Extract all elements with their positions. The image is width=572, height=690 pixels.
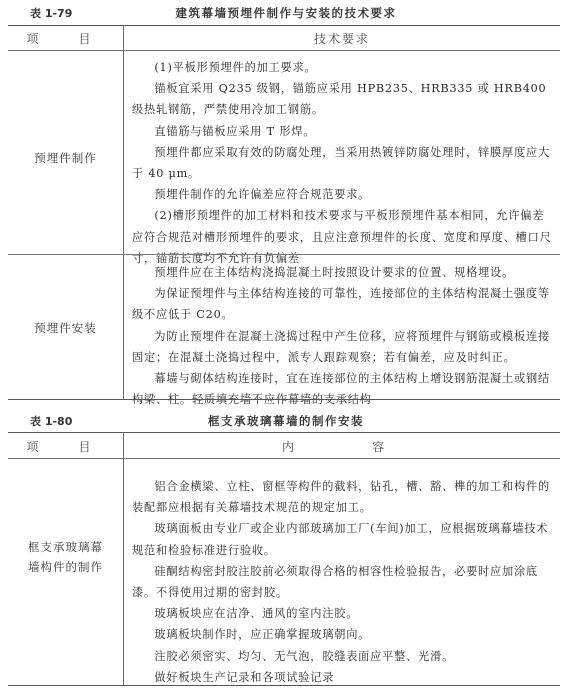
paragraph: 锚板宜采用 Q235 级钢，锚筋应采用 HPB235、HRB335 或 HRB4… bbox=[132, 78, 552, 120]
column-divider bbox=[123, 25, 124, 400]
header-content: 内 容 bbox=[124, 438, 560, 455]
paragraph: 铝合金横梁、立柱、窗框等构件的截料，钻孔，槽、豁、榫的加工和构件的装配都应根据有… bbox=[132, 476, 552, 518]
paragraph: 为防止预埋件在混凝土浇捣过程中产生位移，应将预埋件与钢筋或模板连接固定；在混凝土… bbox=[132, 326, 552, 368]
top-rule bbox=[8, 432, 560, 433]
paragraph: (2)槽形预埋件的加工材料和技术要求与平板形预埋件基本相同，允许偏差应符合规范对… bbox=[132, 205, 552, 269]
table-title: 框支承玻璃幕墙的制作安装 bbox=[0, 413, 572, 429]
column-divider bbox=[123, 432, 124, 686]
paragraph: (1)平板形预埋件的加工要求。 bbox=[132, 57, 552, 78]
header-rule bbox=[8, 458, 560, 459]
header-item: 项 目 bbox=[8, 30, 123, 47]
table-1-79: 项 目 技术要求 预埋件制作 (1)平板形预埋件的加工要求。 锚板宜采用 Q23… bbox=[8, 25, 560, 400]
paragraph: 预埋件应在主体结构浇捣混凝土时按照设计要求的位置、规格埋设。 bbox=[132, 262, 552, 283]
row-content-fabrication: (1)平板形预埋件的加工要求。 锚板宜采用 Q235 级钢，锚筋应采用 HPB2… bbox=[132, 57, 552, 269]
header-requirements: 技术要求 bbox=[124, 30, 560, 47]
label-line: 框支承玻璃幕 bbox=[8, 537, 123, 557]
table-1-79-caption: 表 1-79 建筑幕墙预埋件制作与安装的技术要求 bbox=[0, 4, 572, 22]
table-1-80: 项 目 内 容 框支承玻璃幕 墙构件的制作 铝合金横梁、立柱、窗框等构件的截料，… bbox=[8, 432, 560, 686]
table-1-80-caption: 表 1-80 框支承玻璃幕墙的制作安装 bbox=[0, 412, 572, 430]
paragraph: 注胶必须密实、均匀、无气泡，胶缝表面应平整、光滑。 bbox=[132, 646, 552, 667]
paragraph: 为保证预埋件与主体结构连接的可靠性，连接部位的主体结构混凝土强度等级不应低于 C… bbox=[132, 283, 552, 325]
row-content-frame-fabrication: 铝合金横梁、立柱、窗框等构件的截料，钻孔，槽、豁、榫的加工和构件的装配都应根据有… bbox=[132, 476, 552, 688]
header-rule bbox=[8, 50, 560, 51]
label-line: 墙构件的制作 bbox=[8, 557, 123, 577]
row-label-fabrication: 预埋件制作 bbox=[8, 148, 123, 168]
bottom-rule bbox=[8, 685, 560, 686]
paragraph: 硅酮结构密封胶注胶前必须取得合格的相容性检验报告，必要时应加涂底漆。不得使用过期… bbox=[132, 561, 552, 603]
row-rule bbox=[8, 254, 560, 255]
paragraph: 玻璃板块应在洁净、通风的室内注胶。 bbox=[132, 603, 552, 624]
table-title: 建筑幕墙预埋件制作与安装的技术要求 bbox=[0, 5, 572, 21]
paragraph: 直锚筋与锚板应采用 T 形焊。 bbox=[132, 121, 552, 142]
row-label-frame-fabrication: 框支承玻璃幕 墙构件的制作 bbox=[8, 537, 123, 577]
row-content-installation: 预埋件应在主体结构浇捣混凝土时按照设计要求的位置、规格埋设。 为保证预埋件与主体… bbox=[132, 262, 552, 410]
paragraph: 玻璃板块制作时，应正确掌握玻璃朝向。 bbox=[132, 624, 552, 645]
paragraph: 预埋件都应采取有效的防腐处理，当采用热镀锌防腐处理时，锌膜厚度应大于 40 μm… bbox=[132, 142, 552, 184]
header-item: 项 目 bbox=[8, 438, 123, 455]
paragraph: 玻璃面板由专业厂或企业内部玻璃加工厂(车间)加工，应根据玻璃幕墙技术规范和检验标… bbox=[132, 518, 552, 560]
bottom-rule bbox=[8, 399, 560, 400]
paragraph: 预埋件制作的允许偏差应符合规范要求。 bbox=[132, 184, 552, 205]
top-rule bbox=[8, 25, 560, 26]
row-label-installation: 预埋件安装 bbox=[8, 318, 123, 338]
paragraph: 幕墙与砌体结构连接时，宜在连接部位的主体结构上增设钢筋混凝土或钢结构梁、柱。轻质… bbox=[132, 368, 552, 410]
